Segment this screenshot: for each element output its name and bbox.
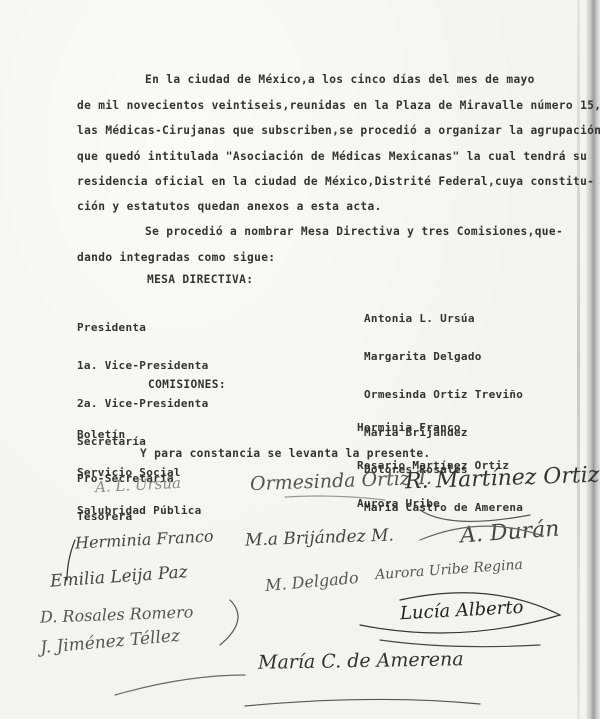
document-page: En la ciudad de México,a los cinco días …	[0, 0, 600, 719]
signature-flourishes	[0, 0, 600, 719]
